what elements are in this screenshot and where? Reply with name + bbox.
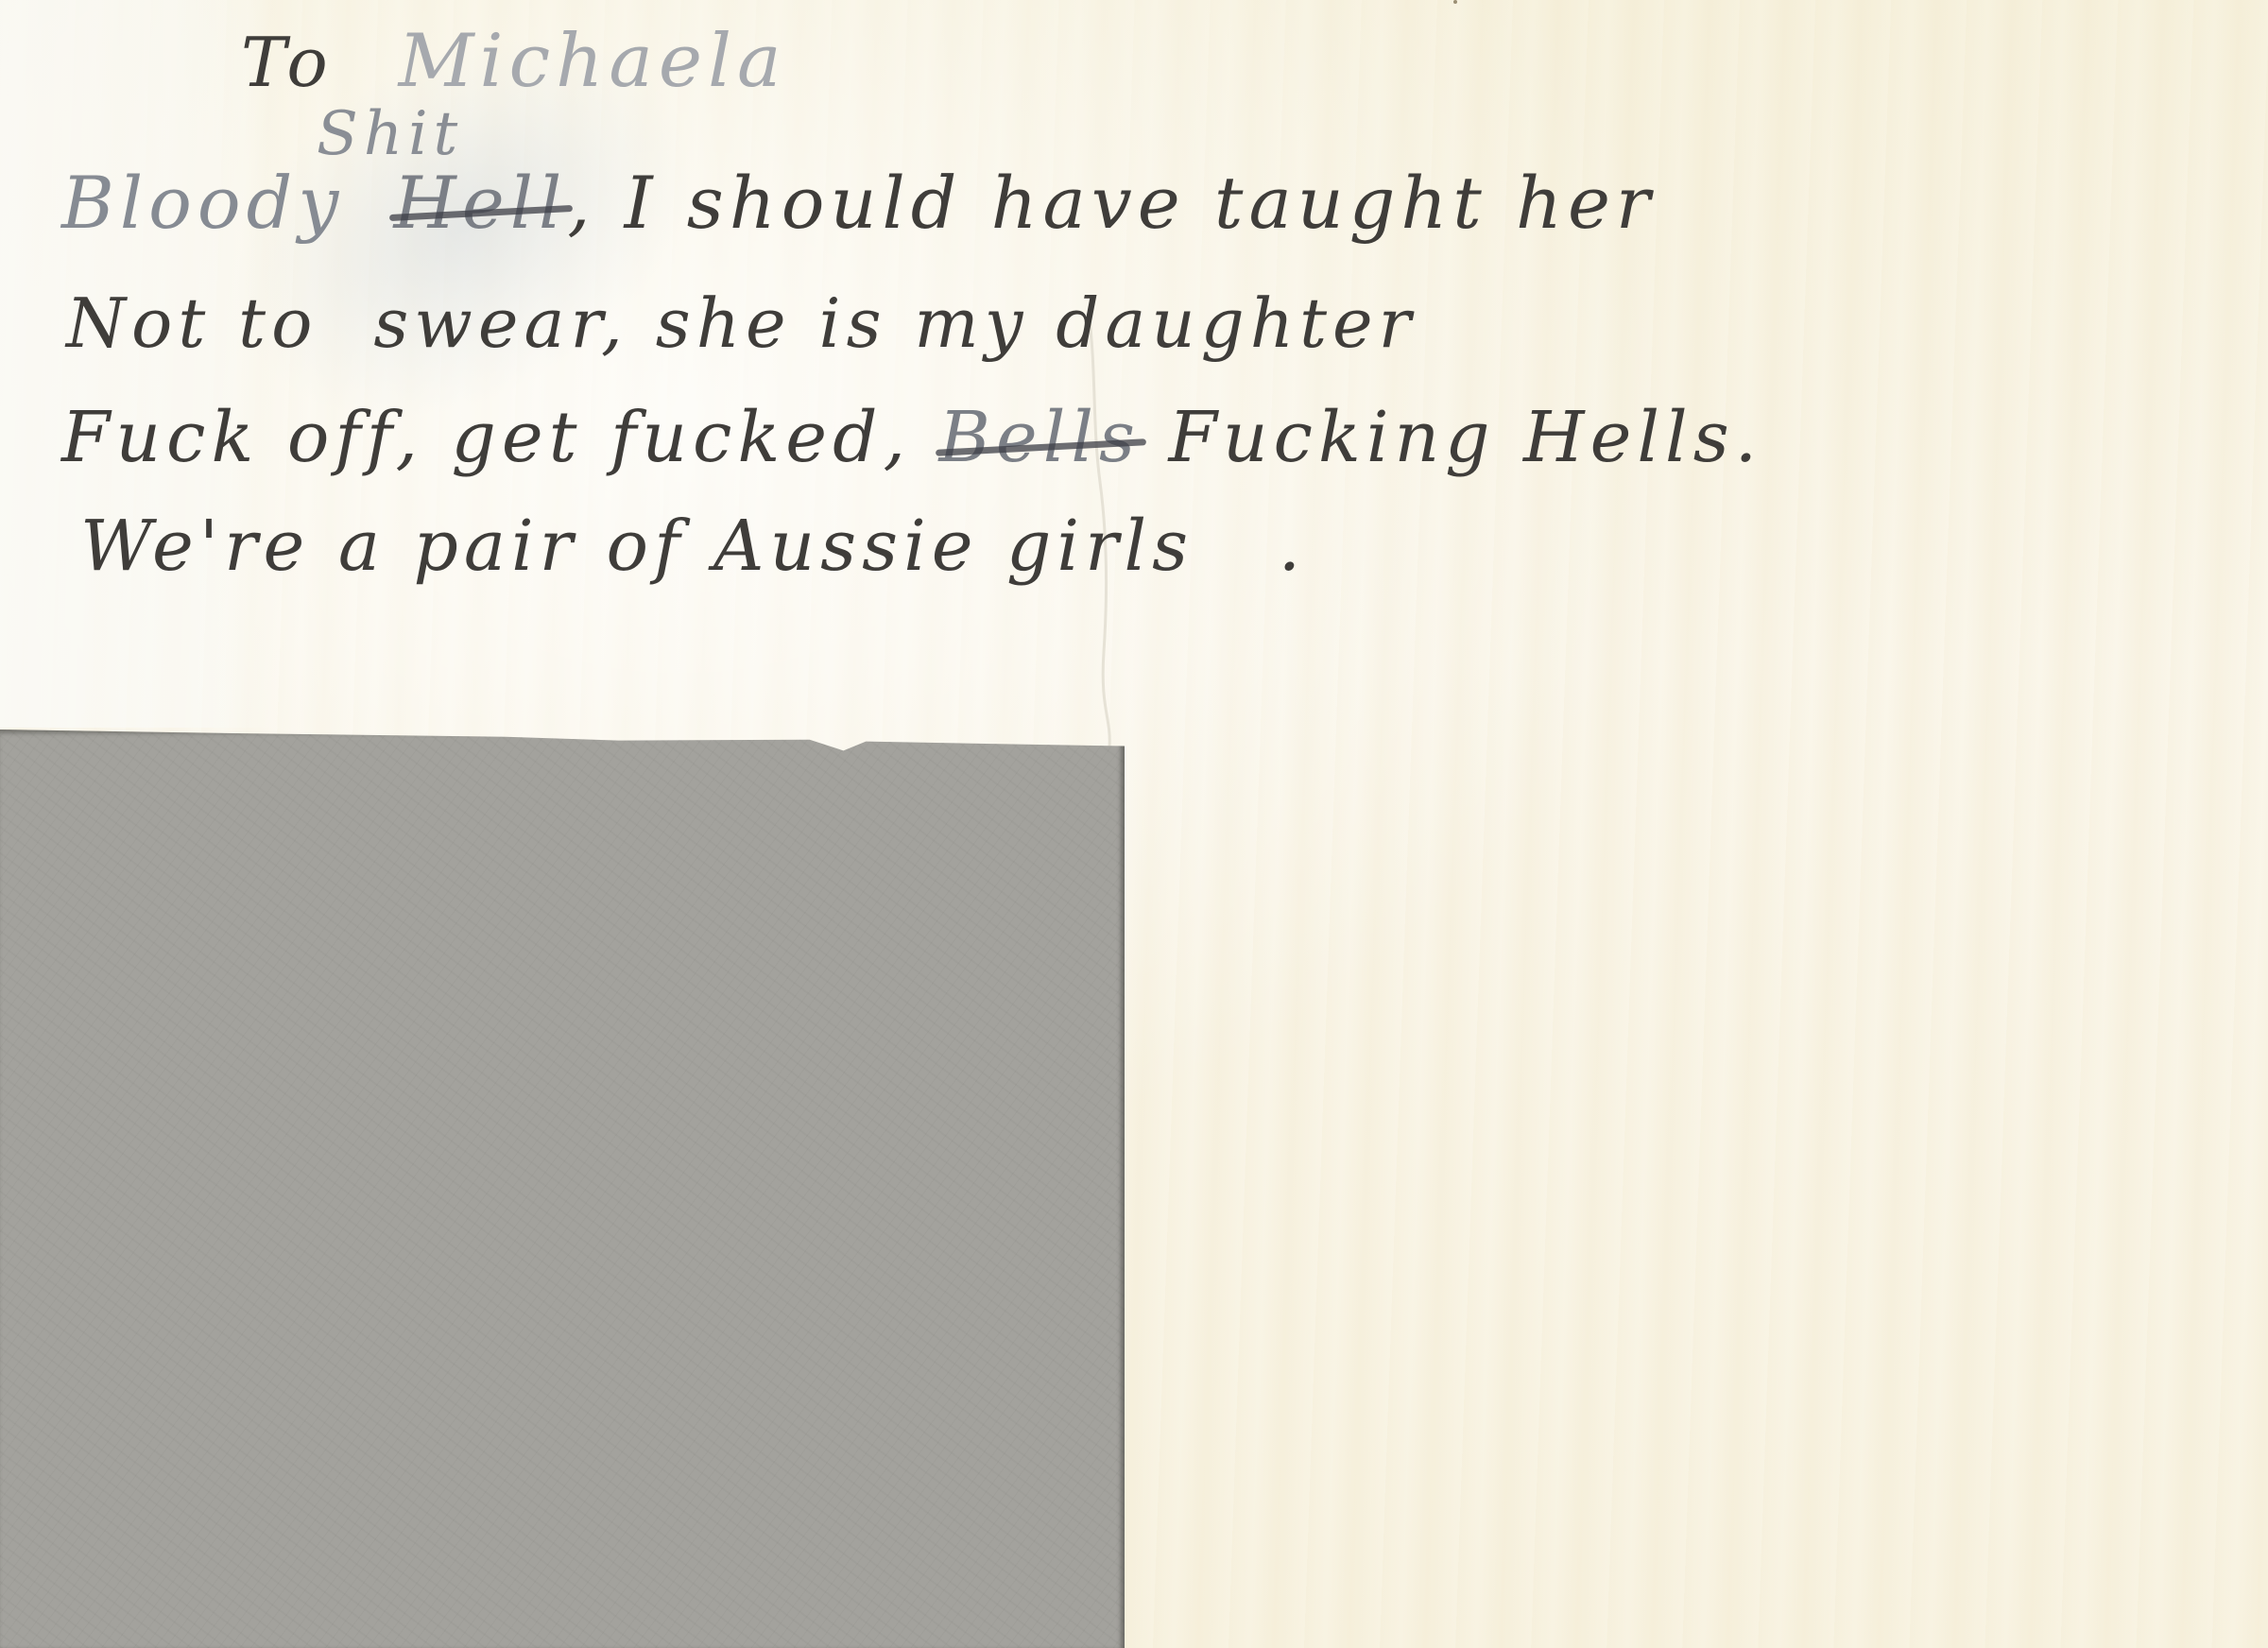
handwritten-letter: To Michaela Shit Bloody Hell, I should h… <box>0 0 1606 680</box>
salutation: To Michaela <box>241 19 787 104</box>
paper-speck <box>1453 0 1457 4</box>
line4-end-period: . <box>1279 506 1307 587</box>
gray-mounting-board <box>0 730 1125 1648</box>
line4-rest: 're a pair of Aussie girls <box>199 506 1194 587</box>
letter-line-2: Not to swear, she is my daughter <box>66 283 1417 363</box>
line2-rest: swear, she is my daughter <box>373 283 1417 363</box>
insertion-above-text: Shit <box>317 99 463 169</box>
line1-rest: , I should have taught her <box>567 161 1656 245</box>
letter-line-4: We're a pair of Aussie girls . <box>80 506 1306 587</box>
line1-struck-word: Hell <box>393 161 567 245</box>
letter-line-1: Bloody Hell, I should have taught her <box>61 161 1656 245</box>
salutation-to: To <box>241 23 334 102</box>
line3-faded: Fuck <box>61 397 259 478</box>
line1-start: Bloody <box>61 161 344 245</box>
line3-rest: Fucking Hells. <box>1141 397 1762 478</box>
line4-faded: We <box>80 506 199 587</box>
salutation-name: Michaela <box>399 19 787 104</box>
line3-mid: off, get fucked, <box>259 397 938 478</box>
line2-faded: Not to <box>66 283 318 363</box>
letter-line-3: Fuck off, get fucked, Bells Fucking Hell… <box>61 397 1762 478</box>
line3-struck-word: Bells <box>939 397 1141 478</box>
